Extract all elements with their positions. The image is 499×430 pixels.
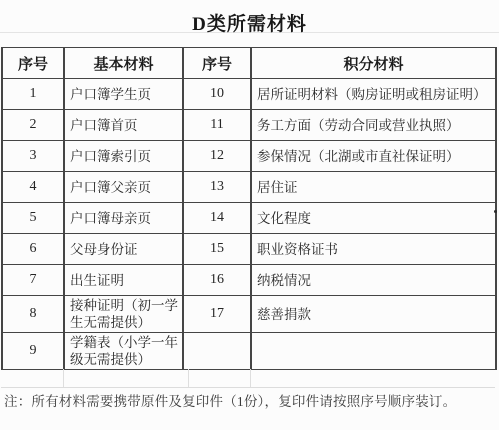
page-title: D类所需材料: [0, 9, 499, 36]
faint-gridline: [188, 369, 189, 387]
points-seq-cell: [183, 333, 251, 370]
table-header-row: 序号 基本材料 序号 积分材料: [2, 48, 496, 79]
table-row: 5 户口簿母亲页 14 文化程度: [2, 203, 496, 234]
points-material-cell: 职业资格证书: [251, 234, 496, 265]
header-seq: 序号: [2, 48, 64, 79]
basic-material-cell: 户口簿索引页: [64, 141, 183, 172]
header-basic-materials: 基本材料: [64, 48, 183, 79]
faint-gridline: [250, 369, 251, 387]
points-material-cell: 居住证: [251, 172, 496, 203]
seq-cell: 7: [2, 265, 64, 296]
ink-speck: [494, 210, 497, 213]
points-seq-cell: 16: [183, 265, 251, 296]
seq-cell: 4: [2, 172, 64, 203]
basic-material-cell: 父母身份证: [64, 234, 183, 265]
basic-material-cell: 学籍表（小学一年级无需提供）: [64, 333, 183, 370]
seq-cell: 8: [2, 296, 64, 333]
points-material-cell: 纳税情况: [251, 265, 496, 296]
basic-material-cell: 户口簿学生页: [64, 79, 183, 110]
points-material-cell: 参保情况（北湖或市直社保证明）: [251, 141, 496, 172]
points-seq-cell: 17: [183, 296, 251, 333]
points-seq-cell: 14: [183, 203, 251, 234]
points-seq-cell: 13: [183, 172, 251, 203]
header-seq-2: 序号: [183, 48, 251, 79]
points-material-cell: 务工方面（劳动合同或营业执照）: [251, 110, 496, 141]
seq-cell: 5: [2, 203, 64, 234]
points-material-cell: 慈善捐款: [251, 296, 496, 333]
empty-spreadsheet-row: [1, 369, 495, 388]
seq-cell: 9: [2, 333, 64, 370]
points-seq-cell: 11: [183, 110, 251, 141]
points-material-cell: 居所证明材料（购房证明或租房证明）: [251, 79, 496, 110]
basic-material-cell: 接种证明（初一学生无需提供）: [64, 296, 183, 333]
basic-material-cell: 出生证明: [64, 265, 183, 296]
table-row: 9 学籍表（小学一年级无需提供）: [2, 333, 496, 370]
materials-table: 序号 基本材料 序号 积分材料 1 户口簿学生页 10 居所证明材料（购房证明或…: [1, 47, 497, 370]
basic-material-cell: 户口簿父亲页: [64, 172, 183, 203]
table-row: 1 户口簿学生页 10 居所证明材料（购房证明或租房证明）: [2, 79, 496, 110]
points-material-cell: [251, 333, 496, 370]
seq-cell: 2: [2, 110, 64, 141]
footnote: 注：所有材料需要携带原件及复印件（1份），复印件请按照序号顺序装订。: [4, 392, 496, 411]
points-seq-cell: 10: [183, 79, 251, 110]
table-row: 3 户口簿索引页 12 参保情况（北湖或市直社保证明）: [2, 141, 496, 172]
basic-material-cell: 户口簿母亲页: [64, 203, 183, 234]
faint-gridline: [63, 369, 64, 387]
table-row: 2 户口簿首页 11 务工方面（劳动合同或营业执照）: [2, 110, 496, 141]
basic-material-cell: 户口簿首页: [64, 110, 183, 141]
table-row: 4 户口簿父亲页 13 居住证: [2, 172, 496, 203]
points-seq-cell: 15: [183, 234, 251, 265]
table-row: 7 出生证明 16 纳税情况: [2, 265, 496, 296]
points-seq-cell: 12: [183, 141, 251, 172]
seq-cell: 3: [2, 141, 64, 172]
document-page: D类所需材料 序号 基本材料 序号 积分材料 1 户口簿学生页 10 居所证明材…: [0, 0, 499, 430]
header-points-materials: 积分材料: [251, 48, 496, 79]
table-row: 8 接种证明（初一学生无需提供） 17 慈善捐款: [2, 296, 496, 333]
seq-cell: 6: [2, 234, 64, 265]
seq-cell: 1: [2, 79, 64, 110]
points-material-cell: 文化程度: [251, 203, 496, 234]
table-row: 6 父母身份证 15 职业资格证书: [2, 234, 496, 265]
